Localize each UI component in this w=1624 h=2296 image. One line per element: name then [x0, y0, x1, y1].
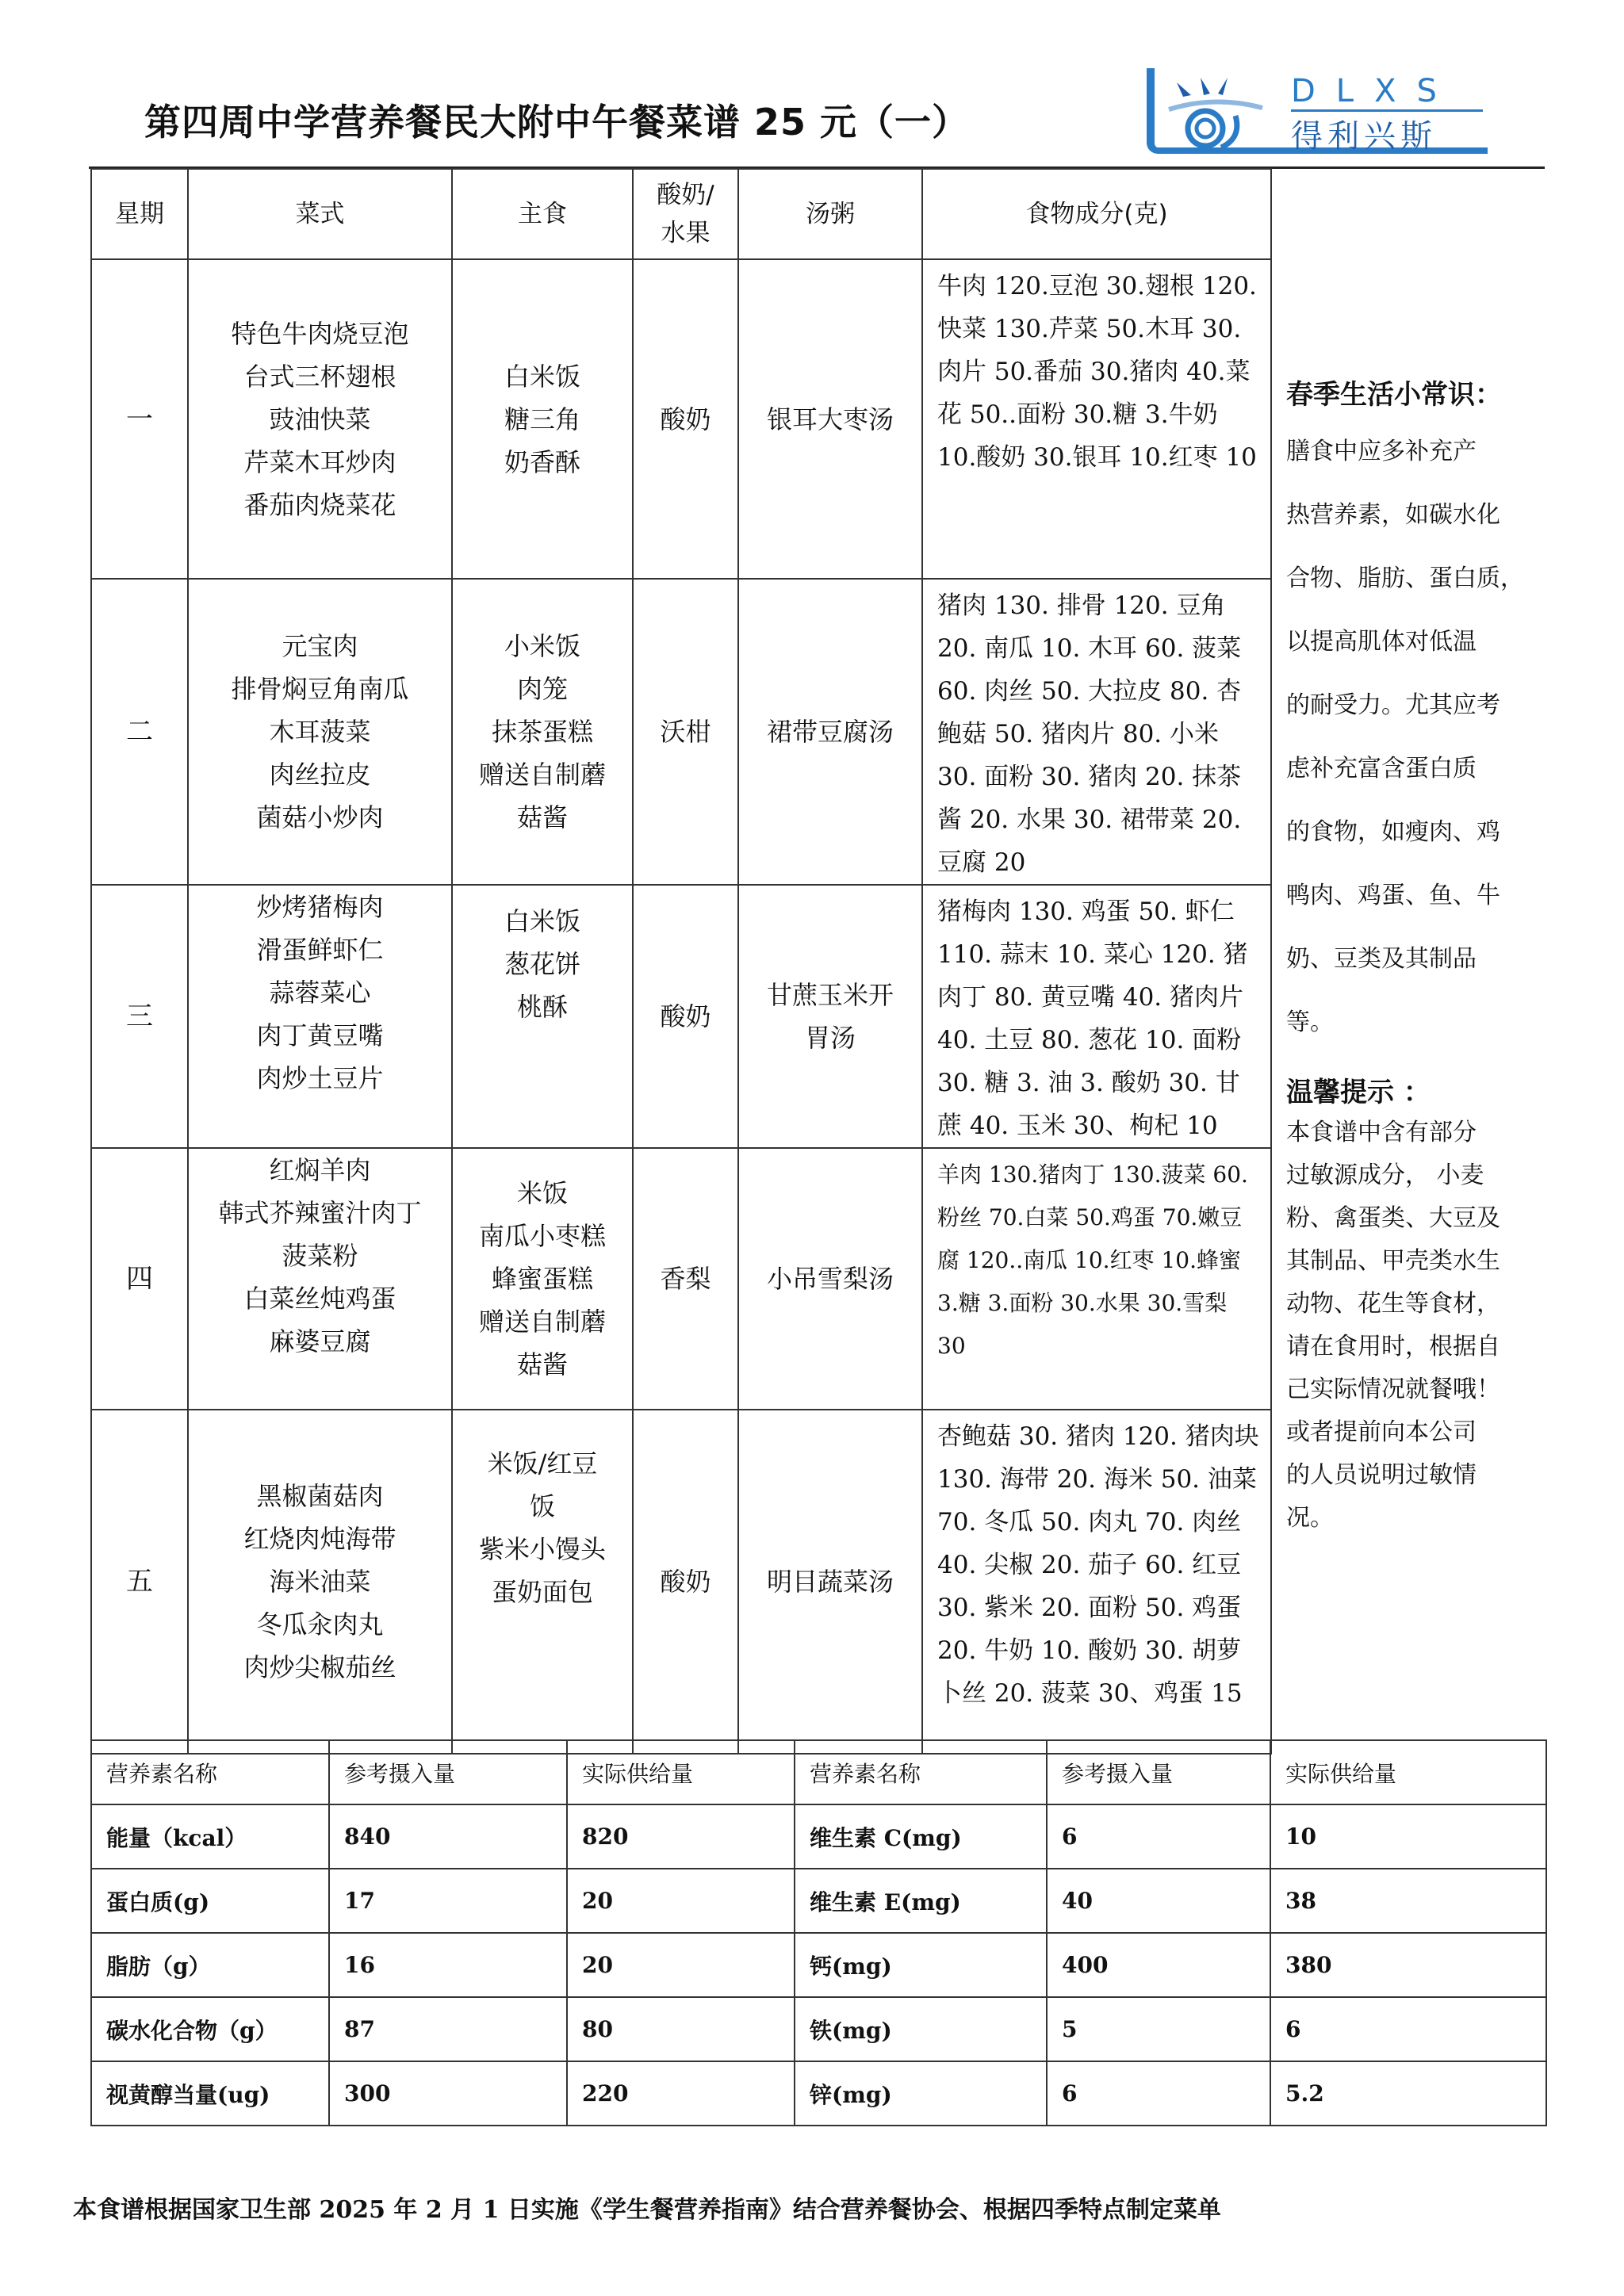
dish-item: 肉炒土豆片 — [189, 1057, 451, 1100]
actual-supply: 38 — [1270, 1869, 1546, 1933]
nutrition-header: 营养素名称 — [795, 1740, 1047, 1804]
staples-cell: 白米饭 糖三角 奶香酥 — [452, 259, 633, 579]
dish-item: 豉油快菜 — [189, 398, 451, 441]
staple-item: 饭 — [453, 1485, 632, 1528]
dishes-cell: 特色牛肉烧豆泡 台式三杯翅根 豉油快菜 芹菜木耳炒肉 番茄肉烧菜花 — [188, 259, 452, 579]
footer-note: 本食谱根据国家卫生部 2025 年 2 月 1 日实施《学生餐营养指南》结合营养… — [73, 2190, 1221, 2225]
spring-tip-line: 奶、豆类及其制品 — [1286, 928, 1532, 991]
dish-item: 麻婆豆腐 — [189, 1320, 451, 1363]
dish-item: 海米油菜 — [189, 1560, 451, 1603]
nutrient-name: 锌(mg) — [795, 2061, 1047, 2126]
reminder-line: 动物、花生等食材， — [1286, 1283, 1538, 1326]
reference-intake: 300 — [329, 2061, 567, 2126]
actual-supply: 80 — [567, 1997, 795, 2061]
menu-row-monday: 一 特色牛肉烧豆泡 台式三杯翅根 豉油快菜 芹菜木耳炒肉 番茄肉烧菜花 白米饭 … — [91, 259, 1271, 579]
reference-intake: 6 — [1047, 2061, 1270, 2126]
soup-cell: 甘蔗玉米开胃汤 — [738, 885, 922, 1148]
dish-item: 肉丁黄豆嘴 — [189, 1014, 451, 1057]
reminder-line: 过敏源成分， 小麦 — [1286, 1154, 1538, 1197]
nutrient-name: 维生素 E(mg) — [795, 1869, 1047, 1933]
sidebar-notes: 春季生活小常识： 膳食中应多补充产 热营养素，如碳水化 合物、脂肪、蛋白质， 以… — [1278, 168, 1540, 1738]
nutrient-name: 钙(mg) — [795, 1933, 1047, 1997]
menu-header-row: 星期 菜式 主食 酸奶/水果 汤粥 食物成分(克) — [91, 169, 1271, 259]
soup-label: 甘蔗玉米开胃汤 — [759, 974, 902, 1059]
nutrition-row: 视黄醇当量(ug) 300 220 锌(mg) 6 5.2 — [91, 2061, 1546, 2126]
yogurt-fruit-cell: 沃柑 — [633, 579, 738, 885]
dishes-cell: 黑椒菌菇肉 红烧肉炖海带 海米油菜 冬瓜汆肉丸 肉炒尖椒茄丝 — [188, 1410, 452, 1754]
dish-item: 红焖羊肉 — [189, 1149, 451, 1192]
actual-supply: 380 — [1270, 1933, 1546, 1997]
staples-cell: 小米饭 肉笼 抹茶蛋糕 赠送自制蘑 菇酱 — [452, 579, 633, 885]
ingredients-cell: 羊肉 130.猪肉丁 130.菠菜 60.粉丝 70.白菜 50.鸡蛋 70.嫩… — [922, 1148, 1271, 1410]
dish-item: 肉炒尖椒茄丝 — [189, 1646, 451, 1689]
spring-tips-text: 膳食中应多补充产 热营养素，如碳水化 合物、脂肪、蛋白质， 以提高肌体对低温 的… — [1286, 420, 1532, 1054]
dishes-cell: 元宝肉 排骨焖豆角南瓜 木耳菠菜 肉丝拉皮 菌菇小炒肉 — [188, 579, 452, 885]
header-dishes: 菜式 — [188, 169, 452, 259]
staples-cell: 米饭 南瓜小枣糕 蜂蜜蛋糕 赠送自制蘑 菇酱 — [452, 1148, 633, 1410]
staple-item: 白米饭 — [453, 355, 632, 398]
logo-text-cn: 得利兴斯 — [1291, 111, 1437, 156]
nutrient-name: 脂肪（g） — [91, 1933, 329, 1997]
dish-item: 蒜蓉菜心 — [189, 971, 451, 1014]
nutrient-name: 能量（kcal） — [91, 1804, 329, 1869]
dish-item: 番茄肉烧菜花 — [189, 484, 451, 526]
spring-tip-line: 以提高肌体对低温 — [1286, 610, 1532, 674]
staple-item: 菇酱 — [453, 1343, 632, 1386]
reminder-line: 己实际情况就餐哦！ — [1286, 1368, 1538, 1411]
reference-intake: 400 — [1047, 1933, 1270, 1997]
yogurt-fruit-cell: 酸奶 — [633, 885, 738, 1148]
reminder-line: 请在食用时，根据自 — [1286, 1326, 1538, 1368]
ingredients-cell: 猪梅肉 130. 鸡蛋 50. 虾仁 110. 蒜末 10. 菜心 120. 猪… — [922, 885, 1271, 1148]
spring-tip-line: 的食物，如瘦肉、鸡 — [1286, 801, 1532, 864]
reminder-line: 或者提前向本公司 — [1286, 1411, 1538, 1454]
staple-item: 蛋奶面包 — [453, 1571, 632, 1613]
spring-tip-line: 热营养素，如碳水化 — [1286, 484, 1532, 547]
eye-spiral-icon — [1159, 71, 1278, 151]
nutrient-name: 碳水化合物（g） — [91, 1997, 329, 2061]
reminder-line: 粉、禽蛋类、大豆及 — [1286, 1197, 1538, 1240]
ingredients-cell: 牛肉 120.豆泡 30.翅根 120.快菜 130.芹菜 50.木耳 30.肉… — [922, 259, 1271, 579]
nutrition-row: 能量（kcal） 840 820 维生素 C(mg) 6 10 — [91, 1804, 1546, 1869]
dish-item: 排骨焖豆角南瓜 — [189, 668, 451, 710]
reference-intake: 16 — [329, 1933, 567, 1997]
dishes-cell: 炒烤猪梅肉 滑蛋鲜虾仁 蒜蓉菜心 肉丁黄豆嘴 肉炒土豆片 — [188, 885, 452, 1148]
staple-item: 小米饭 — [453, 625, 632, 668]
nutrition-header: 实际供给量 — [567, 1740, 795, 1804]
spring-tip-line: 合物、脂肪、蛋白质， — [1286, 547, 1532, 610]
dish-item: 红烧肉炖海带 — [189, 1517, 451, 1560]
nutrition-header: 参考摄入量 — [1047, 1740, 1270, 1804]
dish-item: 芹菜木耳炒肉 — [189, 441, 451, 484]
dish-item: 特色牛肉烧豆泡 — [189, 312, 451, 355]
nutrient-name: 铁(mg) — [795, 1997, 1047, 2061]
dish-item: 韩式芥辣蜜汁肉丁 — [189, 1192, 451, 1234]
reference-intake: 6 — [1047, 1804, 1270, 1869]
actual-supply: 5.2 — [1270, 2061, 1546, 2126]
weekday-cell: 三 — [91, 885, 188, 1148]
dish-item: 台式三杯翅根 — [189, 355, 451, 398]
actual-supply: 220 — [567, 2061, 795, 2126]
staple-item: 肉笼 — [453, 668, 632, 710]
spring-tip-line: 等。 — [1286, 991, 1532, 1054]
header-yogurt-fruit: 酸奶/水果 — [633, 169, 738, 259]
actual-supply: 20 — [567, 1933, 795, 1997]
actual-supply: 20 — [567, 1869, 795, 1933]
nutrition-row: 蛋白质(g) 17 20 维生素 E(mg) 40 38 — [91, 1869, 1546, 1933]
weekday-cell: 二 — [91, 579, 188, 885]
staple-item: 蜂蜜蛋糕 — [453, 1257, 632, 1300]
warm-reminder-title: 温馨提示 ： — [1286, 1070, 1431, 1109]
soup-cell: 明目蔬菜汤 — [738, 1410, 922, 1754]
spring-tip-line: 虑补充富含蛋白质 — [1286, 737, 1532, 801]
page-title: 第四周中学营养餐民大附中午餐菜谱 25 元（一） — [144, 94, 969, 146]
nutrition-row: 脂肪（g） 16 20 钙(mg) 400 380 — [91, 1933, 1546, 1997]
yogurt-fruit-cell: 酸奶 — [633, 1410, 738, 1754]
soup-cell: 裙带豆腐汤 — [738, 579, 922, 885]
staple-item: 紫米小馒头 — [453, 1528, 632, 1571]
reminder-line: 况。 — [1286, 1497, 1538, 1540]
header-yogurt-fruit-label: 酸奶/水果 — [655, 176, 717, 252]
reference-intake: 17 — [329, 1869, 567, 1933]
nutrient-name: 蛋白质(g) — [91, 1869, 329, 1933]
nutrition-row: 碳水化合物（g） 87 80 铁(mg) 5 6 — [91, 1997, 1546, 2061]
weekday-cell: 五 — [91, 1410, 188, 1754]
menu-row-friday: 五 黑椒菌菇肉 红烧肉炖海带 海米油菜 冬瓜汆肉丸 肉炒尖椒茄丝 米饭/红豆 饭… — [91, 1410, 1271, 1754]
reference-intake: 87 — [329, 1997, 567, 2061]
reference-intake: 40 — [1047, 1869, 1270, 1933]
actual-supply: 820 — [567, 1804, 795, 1869]
company-logo: DLXS 得利兴斯 — [1143, 63, 1494, 152]
dish-item: 菌菇小炒肉 — [189, 796, 451, 839]
spring-tips-title: 春季生活小常识： — [1286, 373, 1502, 411]
weekly-menu-table: 星期 菜式 主食 酸奶/水果 汤粥 食物成分(克) 一 特色牛肉烧豆泡 台式三杯… — [90, 168, 1272, 1755]
staple-item: 糖三角 — [453, 398, 632, 441]
dish-item: 白菜丝炖鸡蛋 — [189, 1277, 451, 1320]
nutrition-header: 营养素名称 — [91, 1740, 329, 1804]
staple-item: 菇酱 — [453, 796, 632, 839]
actual-supply: 10 — [1270, 1804, 1546, 1869]
dish-item: 冬瓜汆肉丸 — [189, 1603, 451, 1646]
nutrient-name: 维生素 C(mg) — [795, 1804, 1047, 1869]
soup-cell: 银耳大枣汤 — [738, 259, 922, 579]
staple-item: 桃酥 — [453, 985, 632, 1028]
weekday-cell: 四 — [91, 1148, 188, 1410]
staple-item: 抹茶蛋糕 — [453, 710, 632, 753]
warm-reminder-text: 本食谱中含有部分 过敏源成分， 小麦 粉、禽蛋类、大豆及 其制品、甲壳类水生 动… — [1286, 1112, 1538, 1540]
dish-item: 木耳菠菜 — [189, 710, 451, 753]
spring-tip-line: 鸭肉、鸡蛋、鱼、牛 — [1286, 864, 1532, 928]
staple-item: 白米饭 — [453, 900, 632, 943]
ingredients-cell: 杏鲍菇 30. 猪肉 120. 猪肉块 130. 海带 20. 海米 50. 油… — [922, 1410, 1271, 1754]
logo-text-en: DLXS — [1291, 73, 1457, 109]
dish-item: 菠菜粉 — [189, 1234, 451, 1277]
menu-row-thursday: 四 红焖羊肉 韩式芥辣蜜汁肉丁 菠菜粉 白菜丝炖鸡蛋 麻婆豆腐 米饭 南瓜小枣糕… — [91, 1148, 1271, 1410]
nutrition-header: 参考摄入量 — [329, 1740, 567, 1804]
staple-item: 奶香酥 — [453, 441, 632, 484]
dishes-cell: 红焖羊肉 韩式芥辣蜜汁肉丁 菠菜粉 白菜丝炖鸡蛋 麻婆豆腐 — [188, 1148, 452, 1410]
staple-item: 葱花饼 — [453, 943, 632, 985]
nutrient-name: 视黄醇当量(ug) — [91, 2061, 329, 2126]
reminder-line: 其制品、甲壳类水生 — [1286, 1240, 1538, 1283]
reference-intake: 5 — [1047, 1997, 1270, 2061]
header-staples: 主食 — [452, 169, 633, 259]
yogurt-fruit-cell: 香梨 — [633, 1148, 738, 1410]
dish-item: 肉丝拉皮 — [189, 753, 451, 796]
dish-item: 炒烤猪梅肉 — [189, 886, 451, 928]
actual-supply: 6 — [1270, 1997, 1546, 2061]
reminder-line: 的人员说明过敏情 — [1286, 1454, 1538, 1497]
ingredients-cell: 猪肉 130. 排骨 120. 豆角 20. 南瓜 10. 木耳 60. 菠菜 … — [922, 579, 1271, 885]
weekday-cell: 一 — [91, 259, 188, 579]
staple-item: 赠送自制蘑 — [453, 1300, 632, 1343]
yogurt-fruit-cell: 酸奶 — [633, 259, 738, 579]
header-soup: 汤粥 — [738, 169, 922, 259]
nutrition-header: 实际供给量 — [1270, 1740, 1546, 1804]
staple-item: 南瓜小枣糕 — [453, 1215, 632, 1257]
spring-tip-line: 的耐受力。尤其应考 — [1286, 674, 1532, 737]
nutrition-table: 营养素名称 参考摄入量 实际供给量 营养素名称 参考摄入量 实际供给量 能量（k… — [90, 1739, 1547, 2126]
staple-item: 米饭 — [453, 1172, 632, 1215]
menu-row-tuesday: 二 元宝肉 排骨焖豆角南瓜 木耳菠菜 肉丝拉皮 菌菇小炒肉 小米饭 肉笼 抹茶蛋… — [91, 579, 1271, 885]
nutrition-header-row: 营养素名称 参考摄入量 实际供给量 营养素名称 参考摄入量 实际供给量 — [91, 1740, 1546, 1804]
header-ingredients: 食物成分(克) — [922, 169, 1271, 259]
header-weekday: 星期 — [91, 169, 188, 259]
reminder-line: 本食谱中含有部分 — [1286, 1112, 1538, 1154]
dish-item: 黑椒菌菇肉 — [189, 1475, 451, 1517]
menu-row-wednesday: 三 炒烤猪梅肉 滑蛋鲜虾仁 蒜蓉菜心 肉丁黄豆嘴 肉炒土豆片 白米饭 葱花饼 桃… — [91, 885, 1271, 1148]
soup-cell: 小吊雪梨汤 — [738, 1148, 922, 1410]
staple-item: 米饭/红豆 — [453, 1442, 632, 1485]
dish-item: 滑蛋鲜虾仁 — [189, 928, 451, 971]
staples-cell: 米饭/红豆 饭 紫米小馒头 蛋奶面包 — [452, 1410, 633, 1754]
dish-item: 元宝肉 — [189, 625, 451, 668]
spring-tip-line: 膳食中应多补充产 — [1286, 420, 1532, 484]
staples-cell: 白米饭 葱花饼 桃酥 — [452, 885, 633, 1148]
reference-intake: 840 — [329, 1804, 567, 1869]
staple-item: 赠送自制蘑 — [453, 753, 632, 796]
